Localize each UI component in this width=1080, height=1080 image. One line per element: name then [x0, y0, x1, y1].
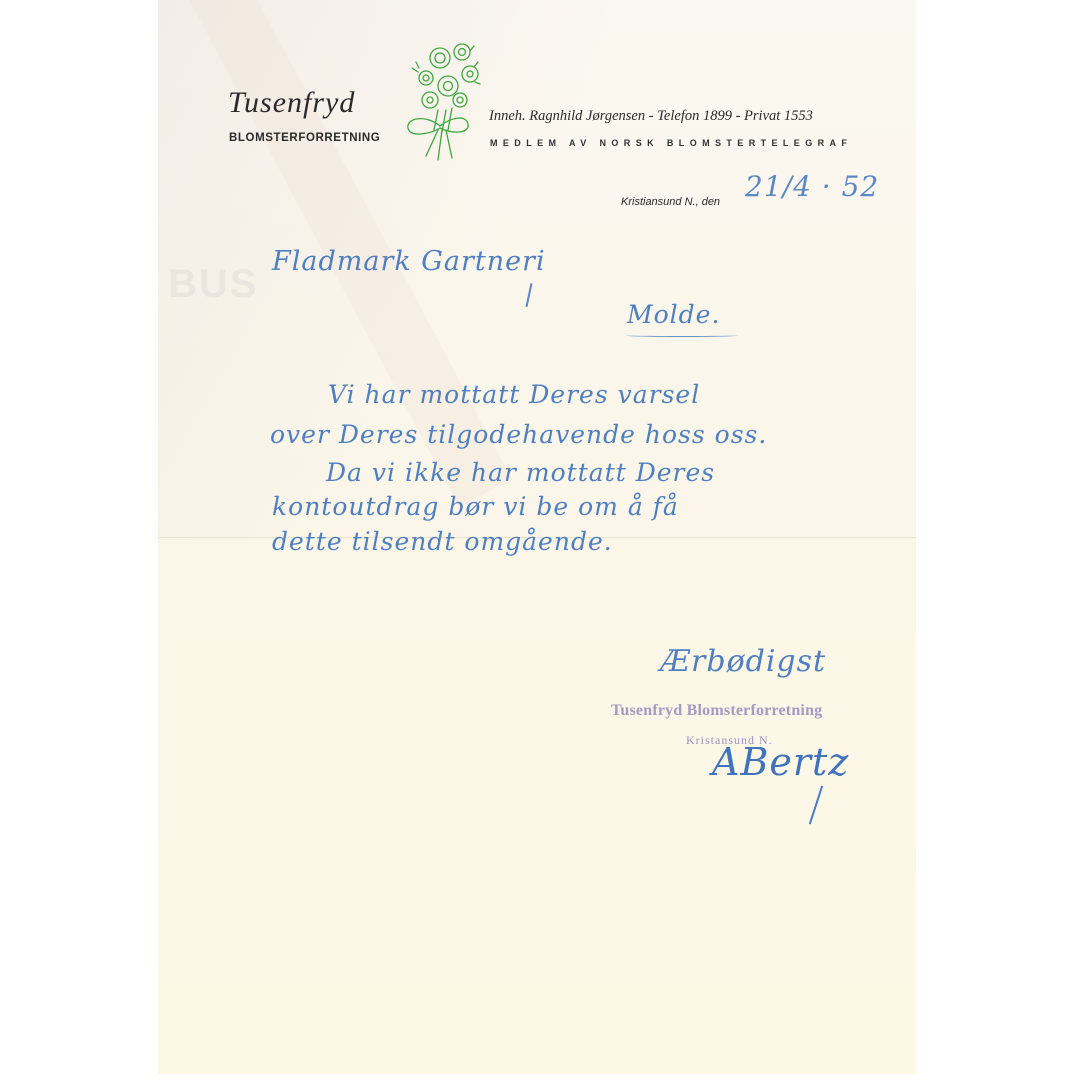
- business-name: Tusenfryd: [228, 86, 355, 120]
- show-through-text: BUS: [168, 262, 258, 307]
- body-line: Da vi ikke har mottatt Deres: [326, 458, 715, 487]
- place-label: Kristiansund N., den: [621, 196, 720, 208]
- closing-salutation: Ærbødigst: [660, 644, 826, 679]
- body-line: dette tilsendt omgående.: [272, 527, 613, 556]
- handwritten-date: 21/4 · 52: [745, 170, 879, 203]
- body-line: Vi har mottatt Deres varsel: [328, 380, 700, 409]
- flower-bouquet-icon: [390, 34, 490, 162]
- recipient-city: Molde.: [627, 300, 720, 329]
- city-underline: [626, 334, 738, 337]
- body-line: kontoutdrag bør vi be om å få: [272, 492, 679, 521]
- membership-line: MEDLEM AV NORSK BLOMSTERTELEGRAF: [490, 138, 852, 148]
- owner-contact-line: Inneh. Ragnhild Jørgensen - Telefon 1899…: [489, 108, 813, 125]
- company-stamp-name: Tusenfryd Blomsterforretning: [611, 702, 822, 720]
- business-type: BLOMSTERFORRETNING: [229, 132, 380, 144]
- body-line: over Deres tilgodehavende hoss oss.: [270, 420, 767, 449]
- signature: ABertz: [712, 740, 849, 784]
- recipient-name: Fladmark Gartneri: [272, 246, 546, 277]
